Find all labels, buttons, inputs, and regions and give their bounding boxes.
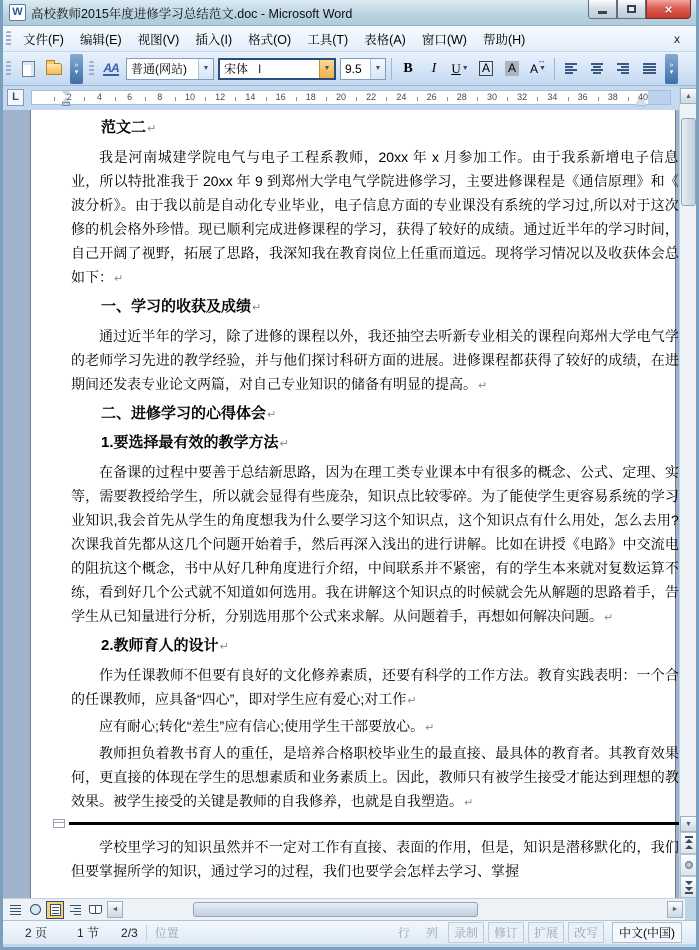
mode-button[interactable]: 扩展 [528, 922, 564, 943]
maximize-icon [627, 5, 636, 13]
chevron-down-icon: ▼ [462, 65, 469, 72]
horizontal-scroll-row: ◄ ► [3, 898, 685, 920]
normal-view-icon [10, 903, 21, 917]
ruler-number: 2 [67, 92, 72, 102]
window-title: 高校教师2015年度进修学习总结范文.doc - Microsoft Word [31, 4, 352, 22]
distribute-icon [643, 62, 656, 75]
menu-item[interactable]: 工具(T) [299, 27, 356, 51]
word-window: W 高校教师2015年度进修学习总结范文.doc - Microsoft Wor… [0, 0, 699, 950]
ruler-tick [477, 97, 478, 101]
styles-icon: AA [103, 62, 118, 76]
chevron-down-icon: ▾ [75, 69, 79, 76]
reading-layout-icon [89, 905, 102, 914]
font-size-value: 9.5 [341, 62, 370, 76]
ruler-number: 12 [215, 92, 225, 102]
mode-button[interactable]: 修订 [488, 922, 524, 943]
ruler-number: 24 [396, 92, 406, 102]
view-buttons [3, 901, 105, 919]
paragraph-mark-icon: ↵ [478, 380, 487, 392]
paragraph-text: 二、进修学习的心得体会 [101, 405, 266, 422]
paragraph-text: 范文二 [101, 119, 146, 136]
tab-selector-button[interactable]: L [7, 89, 24, 106]
character-scale-icon: A [530, 62, 538, 76]
body-paragraph[interactable]: 学校里学习的知识虽然并不一定对工作有直接、表面的作用，但是，知识是潜移默化的，我… [71, 835, 679, 883]
document-workspace: 范文二↵我是河南城建学院电气与电子工程系教师，20xx 年 x 月参加工作。由于… [3, 110, 679, 898]
menu-item[interactable]: 编辑(E) [72, 27, 130, 51]
font-size-combobox[interactable]: 9.5 ▼ [340, 58, 386, 80]
ruler-number: 8 [157, 92, 162, 102]
window-controls: × [588, 0, 691, 19]
character-shading-button[interactable]: A [500, 57, 524, 81]
toolbar-options-button[interactable]: »▾ [70, 54, 83, 84]
print-layout-icon [50, 904, 61, 916]
page-break-line [69, 822, 679, 825]
vertical-scroll-thumb[interactable] [681, 118, 696, 206]
character-scale-button[interactable]: A▼ [526, 57, 550, 81]
ruler-number: 28 [457, 92, 467, 102]
close-button[interactable]: × [646, 0, 691, 19]
body-paragraph[interactable]: 通过近半年的学习，除了进修的课程以外，我还抽空去听新专业相关的课程向郑州大学电气… [71, 324, 679, 398]
character-shading-icon: A [505, 61, 519, 76]
body-paragraph[interactable]: 应有耐心;转化“差生”应有信心;使用学生干部要放心。↵ [71, 714, 679, 740]
word-app-icon[interactable]: W [9, 4, 26, 21]
heading-paragraph[interactable]: 1.要选择最有效的教学方法↵ [71, 431, 679, 456]
paragraph-text: 2.教师育人的设计 [101, 637, 219, 654]
paragraph-mark-icon: ↵ [252, 302, 261, 314]
menu-item[interactable]: 视图(V) [130, 27, 188, 51]
outline-view-icon [70, 903, 81, 917]
line-label: 行 [390, 922, 418, 943]
distribute-button[interactable] [637, 57, 661, 81]
ruler-number: 16 [276, 92, 286, 102]
ruler-tick [266, 97, 267, 101]
new-document-button[interactable] [16, 57, 40, 81]
ruler-number: 34 [547, 92, 557, 102]
page-number-indicator: 2 页 [17, 922, 55, 943]
bold-button[interactable]: B [396, 57, 420, 81]
ruler-number: 22 [366, 92, 376, 102]
outline-view-button[interactable] [66, 901, 84, 919]
ruler-number: 40 [638, 92, 648, 102]
chevron-right-icon: » [670, 62, 674, 69]
toolbar-separator [391, 58, 392, 80]
scroll-up-button[interactable]: ▲ [680, 88, 697, 104]
horizontal-scroll-track[interactable] [123, 901, 667, 918]
ruler-number: 14 [245, 92, 255, 102]
ruler-tick [205, 97, 206, 101]
style-combobox[interactable]: 普通(网站) ▼ [126, 58, 214, 80]
section-indicator: 1 节 [69, 922, 107, 943]
paragraph-text: 通过近半年的学习，除了进修的课程以外，我还抽空去听新专业相关的课程向郑州大学电气… [71, 328, 679, 392]
maximize-button[interactable] [617, 0, 646, 19]
styles-and-formatting-button[interactable]: AA [99, 57, 123, 81]
ruler-tick [54, 97, 55, 101]
menu-item[interactable]: 文件(F) [15, 27, 72, 51]
ruler-tick [84, 97, 85, 101]
mode-button[interactable]: 改写 [568, 922, 604, 943]
print-layout-view-button[interactable] [46, 901, 64, 919]
font-value: 宋体I [220, 60, 319, 77]
ruler-number: 36 [578, 92, 588, 102]
ruler-strip[interactable]: 246810121416182022242628303234363840 [31, 90, 671, 105]
heading-paragraph[interactable]: 2.教师育人的设计↵ [71, 634, 679, 659]
paragraph-mark-icon: ↵ [425, 722, 434, 734]
mode-button[interactable]: 录制 [448, 922, 484, 943]
paragraph-mark-icon: ↵ [604, 612, 613, 624]
menu-item[interactable]: 窗口(W) [414, 27, 475, 51]
ruler-tick [417, 97, 418, 101]
toolbar-grip-icon[interactable] [6, 61, 11, 77]
next-page-button[interactable] [680, 876, 697, 898]
page-break [59, 819, 679, 829]
ruler-number: 10 [185, 92, 195, 102]
align-right-button[interactable] [611, 57, 635, 81]
toolbar-options-button[interactable]: »▾ [665, 54, 678, 84]
align-center-icon [591, 62, 603, 75]
menubar: 文件(F)编辑(E)视图(V)插入(I)格式(O)工具(T)表格(A)窗口(W)… [3, 26, 696, 52]
paragraph-text: 学校里学习的知识虽然并不一定对工作有直接、表面的作用，但是，知识是潜移默化的，我… [71, 839, 679, 879]
menu-item[interactable]: 表格(A) [356, 27, 414, 51]
ruler-number: 30 [487, 92, 497, 102]
ruler-tick [235, 97, 236, 101]
bold-icon: B [403, 61, 412, 77]
toolbar-grip-icon[interactable] [6, 31, 11, 47]
ruler-tick [356, 97, 357, 101]
normal-view-button[interactable] [6, 901, 24, 919]
horizontal-scroll-thumb[interactable] [193, 902, 478, 917]
menu-item[interactable]: 插入(I) [187, 27, 240, 51]
paragraph-text: 我是河南城建学院电气与电子工程系教师，20xx 年 x 月参加工作。由于我系新增… [71, 149, 679, 285]
character-border-icon: A [479, 61, 493, 76]
chevron-down-icon: ▼ [539, 65, 546, 72]
menu-item[interactable]: 帮助(H) [475, 27, 533, 51]
arrow-down-icon: ▼ [685, 821, 692, 828]
text-cursor-icon: I [258, 62, 261, 76]
ruler-number: 18 [306, 92, 316, 102]
align-left-button[interactable] [559, 57, 583, 81]
ruler-number: 20 [336, 92, 346, 102]
style-value: 普通(网站) [127, 60, 198, 77]
menu-items: 文件(F)编辑(E)视图(V)插入(I)格式(O)工具(T)表格(A)窗口(W)… [15, 27, 533, 51]
next-page-icon [685, 892, 693, 894]
document-page: 范文二↵我是河南城建学院电气与电子工程系教师，20xx 年 x 月参加工作。由于… [30, 110, 676, 898]
italic-icon: I [432, 61, 437, 77]
ruler-margin-shade [648, 91, 670, 104]
ruler-tick [326, 97, 327, 101]
web-layout-icon [30, 904, 41, 915]
page-break-end-cap [53, 819, 65, 828]
ruler-number: 26 [427, 92, 437, 102]
align-left-icon [565, 62, 577, 75]
ruler-tick [507, 97, 508, 101]
paragraph-text: 1.要选择最有效的教学方法 [101, 434, 279, 451]
select-browse-object-button[interactable] [680, 854, 697, 876]
page-of-total-indicator: 2/3 [113, 924, 146, 942]
paragraph-text: 应有耐心;转化“差生”应有信心;使用学生干部要放心。 [99, 718, 424, 734]
browse-object-icon [685, 861, 693, 869]
vertical-scrollbar[interactable]: ▲ ▼ [679, 88, 696, 898]
scroll-right-button[interactable]: ► [667, 901, 683, 918]
titlebar[interactable]: W 高校教师2015年度进修学习总结范文.doc - Microsoft Wor… [3, 0, 696, 26]
character-border-button[interactable]: A [474, 57, 498, 81]
toolbar-separator [554, 58, 555, 80]
arrow-up-icon: ▲ [685, 93, 692, 100]
paragraph-mark-icon: ↵ [280, 438, 289, 450]
paragraph-mark-icon: ↵ [464, 797, 473, 809]
ruler-tick [296, 97, 297, 101]
paragraph-text: 教师担负着教书育人的重任，是培养合格职校毕业生的最直接、最具体的教育者。其教育效… [71, 745, 679, 809]
menu-item[interactable]: 格式(O) [240, 27, 299, 51]
open-folder-icon [46, 63, 62, 75]
heading-paragraph[interactable]: 二、进修学习的心得体会↵ [71, 402, 679, 427]
body-paragraph[interactable]: 在备课的过程中要善于总结新思路，因为在理工类专业课本中有很多的概念、公式、定理、… [71, 460, 679, 630]
paragraph-mark-icon: ↵ [267, 409, 276, 421]
ruler-tick [628, 97, 629, 101]
ruler-number: 32 [517, 92, 527, 102]
open-button[interactable] [42, 57, 66, 81]
document-close-button[interactable]: x [668, 32, 686, 46]
paragraph-mark-icon: ↵ [114, 273, 123, 285]
ruler-tick [568, 97, 569, 101]
horizontal-ruler: L 246810121416182022242628303234363840 [3, 86, 679, 110]
previous-page-icon [685, 836, 693, 838]
ruler-tick [598, 97, 599, 101]
paragraph-mark-icon: ↵ [147, 123, 156, 135]
align-center-button[interactable] [585, 57, 609, 81]
chevron-down-icon[interactable]: ▼ [370, 59, 385, 79]
ruler-tick [115, 97, 116, 101]
chevron-down-icon[interactable]: ▼ [319, 60, 334, 78]
ruler-tick [175, 97, 176, 101]
ruler-number: 38 [608, 92, 618, 102]
minimize-icon [598, 11, 607, 14]
body-paragraph[interactable]: 教师担负着教书育人的重任，是培养合格职校毕业生的最直接、最具体的教育者。其教育效… [71, 741, 679, 815]
document-text[interactable]: 范文二↵我是河南城建学院电气与电子工程系教师，20xx 年 x 月参加工作。由于… [71, 112, 679, 884]
ruler-tick [447, 97, 448, 101]
body-paragraph[interactable]: 作为任课教师不但要有良好的文化修养素质，还要有科学的工作方法。教育实践表明：一个… [71, 663, 679, 713]
scroll-left-button[interactable]: ◄ [107, 901, 123, 918]
reading-layout-view-button[interactable] [86, 901, 104, 919]
minimize-button[interactable] [588, 0, 617, 19]
chevron-right-icon: » [75, 62, 79, 69]
chevron-down-icon[interactable]: ▼ [198, 59, 213, 79]
web-layout-view-button[interactable] [26, 901, 44, 919]
position-label: 位置 [147, 922, 187, 943]
paragraph-text: 在备课的过程中要善于总结新思路，因为在理工类专业课本中有很多的概念、公式、定理、… [71, 464, 679, 624]
formatting-toolbar: »▾ AA 普通(网站) ▼ 宋体I ▼ 9.5 ▼ B I U▼ A A A▼… [3, 52, 696, 86]
align-right-icon [617, 62, 629, 75]
ruler-tick [386, 97, 387, 101]
font-combobox[interactable]: 宋体I ▼ [218, 58, 336, 80]
mode-buttons: 录制修订扩展改写 [446, 922, 606, 943]
arrow-left-icon: ◄ [112, 906, 119, 913]
arrow-right-icon: ► [672, 906, 679, 913]
ruler-number: 6 [127, 92, 132, 102]
column-label: 列 [418, 922, 446, 943]
body-paragraph[interactable]: 我是河南城建学院电气与电子工程系教师，20xx 年 x 月参加工作。由于我系新增… [71, 145, 679, 291]
paragraph-mark-icon: ↵ [407, 695, 416, 707]
ruler-tick [537, 97, 538, 101]
scroll-down-button[interactable]: ▼ [680, 816, 697, 832]
paragraph-mark-icon: ↵ [220, 641, 229, 653]
italic-button[interactable]: I [422, 57, 446, 81]
new-document-icon [22, 61, 35, 77]
ruler-tick [145, 97, 146, 101]
underline-icon: U [451, 61, 460, 77]
chevron-down-icon: ▾ [670, 69, 674, 76]
close-icon: × [665, 2, 673, 17]
horizontal-scrollbar[interactable]: ◄ ► [107, 901, 683, 918]
paragraph-text: 作为任课教师不但要有良好的文化修养素质，还要有科学的工作方法。教育实践表明：一个… [71, 667, 679, 707]
underline-button[interactable]: U▼ [448, 57, 472, 81]
paragraph-text: 一、学习的收获及成绩 [101, 298, 251, 315]
toolbar-grip-icon[interactable] [89, 61, 94, 77]
browse-buttons [680, 832, 697, 898]
status-bar: 2 页 1 节 2/3 位置 行 列 录制修订扩展改写 中文(中国) [3, 920, 696, 944]
ruler-number: 4 [97, 92, 102, 102]
previous-page-button[interactable] [680, 832, 697, 854]
language-indicator[interactable]: 中文(中国) [612, 922, 682, 943]
heading-paragraph[interactable]: 一、学习的收获及成绩↵ [71, 295, 679, 320]
heading-paragraph[interactable]: 范文二↵ [71, 116, 679, 141]
